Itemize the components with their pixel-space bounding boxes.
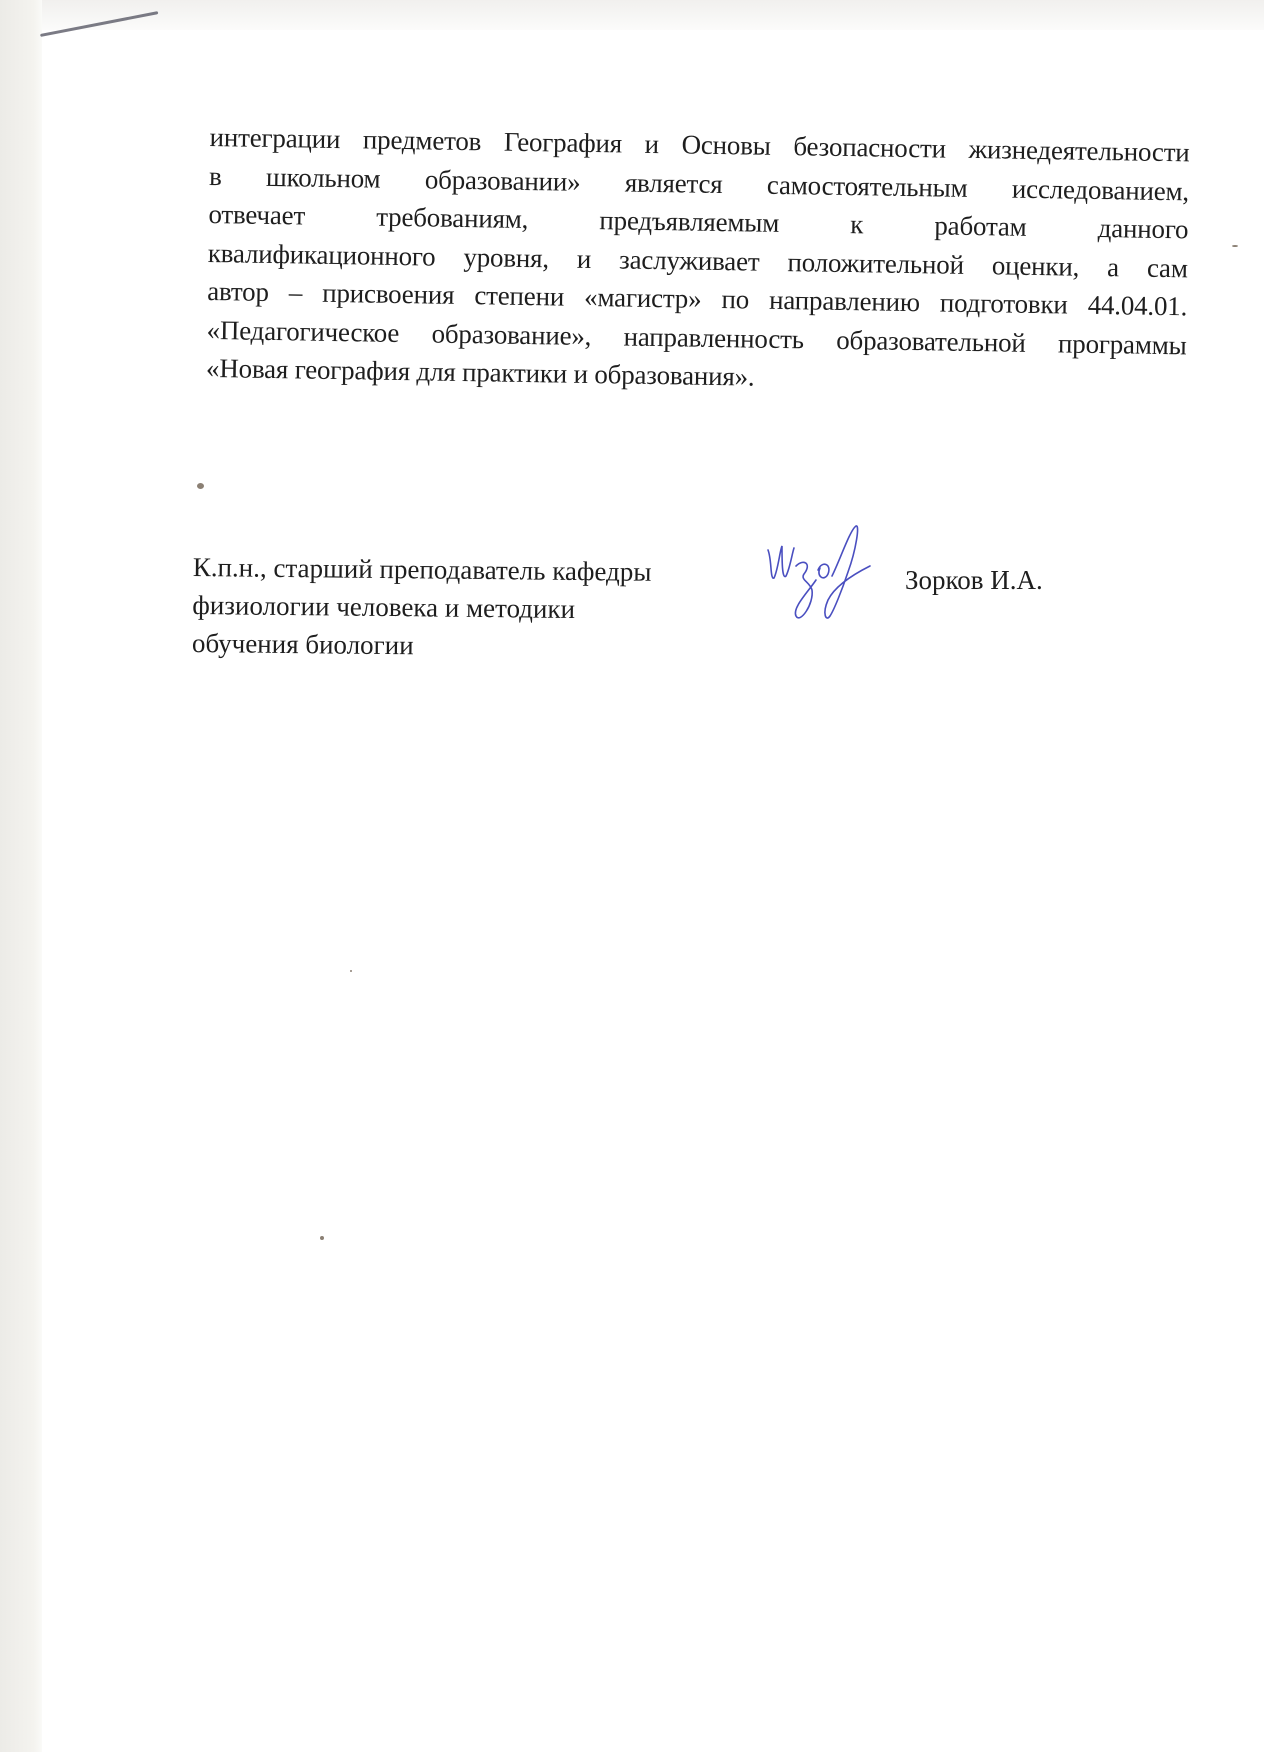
handwritten-signature-icon — [760, 520, 880, 630]
scan-left-margin — [0, 0, 42, 1752]
signer-name: Зорков И.А. — [905, 565, 1043, 596]
scan-speck — [197, 483, 204, 489]
scan-speck — [1232, 245, 1238, 247]
position-line: К.п.н., старший преподаватель кафедры — [193, 548, 652, 591]
scan-speck — [350, 970, 352, 972]
position-line: физиологии человека и методики — [192, 586, 651, 629]
position-line: обучения биологии — [192, 624, 651, 667]
scan-speck — [320, 1236, 324, 1240]
review-conclusion-paragraph: интеграции предметов География и Основы … — [206, 118, 1190, 403]
signatory-position: К.п.н., старший преподаватель кафедры фи… — [192, 548, 652, 667]
